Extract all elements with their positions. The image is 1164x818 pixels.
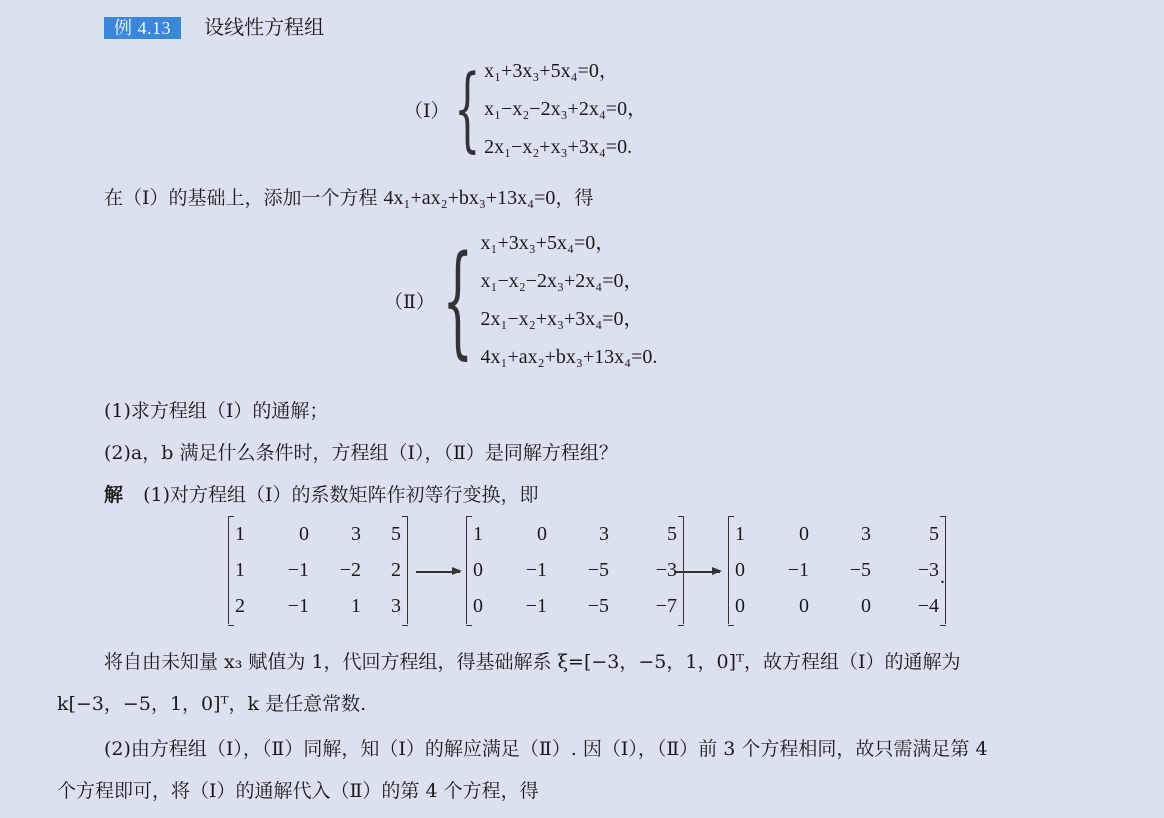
question-2: (2)a，b 满足什么条件时，方程组（Ⅰ），（Ⅱ）是同解方程组？ xyxy=(104,441,618,465)
right-arrow-icon xyxy=(416,571,460,573)
left-brace-icon: { xyxy=(454,59,480,159)
equation: x₁+3x₃+5x₄=0， xyxy=(484,52,647,90)
matrix-cell: 0 xyxy=(809,588,871,624)
matrix-cell: −5 xyxy=(547,552,609,588)
part2-line-1: (2)由方程组（Ⅰ），（Ⅱ）同解，知（Ⅰ）的解应满足（Ⅱ）. 因（Ⅰ），（Ⅱ）前… xyxy=(104,737,988,761)
equation: 2x₁−x₂+x₃+3x₄=0. xyxy=(484,128,647,166)
matrix-coefficient: 1 0 3 5 1 −1 −2 2 2 −1 1 3 xyxy=(228,516,408,624)
matrix-cell: 5 xyxy=(609,516,677,552)
matrix-cell: 3 xyxy=(547,516,609,552)
equation: x₁−x₂−2x₃+2x₄=0， xyxy=(484,90,647,128)
question-1: (1)求方程组（Ⅰ）的通解； xyxy=(104,399,328,423)
matrix-cell: 0 xyxy=(495,516,547,552)
system-2-label: （Ⅱ） xyxy=(384,287,435,314)
matrix-cell: −1 xyxy=(495,588,547,624)
general-solution-line-2: k[−3，−5，1，0]ᵀ，k 是任意常数. xyxy=(57,692,366,716)
general-solution-line-1: 将自由未知量 x₃ 赋值为 1，代回方程组，得基础解系 ξ=[−3，−5，1，0… xyxy=(104,650,960,674)
matrix-cell: 3 xyxy=(361,588,401,624)
matrix-cell: 5 xyxy=(871,516,939,552)
equation: 4x₁+ax₂+bx₃+13x₄=0. xyxy=(481,338,658,376)
matrix-cell: 2 xyxy=(235,588,257,624)
matrix-cell: −4 xyxy=(871,588,939,624)
matrix-cell: −3 xyxy=(871,552,939,588)
matrix-cell: 1 xyxy=(473,516,495,552)
example-header: 例 4.13 设线性方程组 xyxy=(104,14,324,40)
matrix-cell: 5 xyxy=(361,516,401,552)
matrix-cell: −1 xyxy=(495,552,547,588)
matrix-cell: 3 xyxy=(809,516,871,552)
matrix-cell: 0 xyxy=(735,588,757,624)
matrix-cell: 1 xyxy=(309,588,361,624)
solution-label: 解 xyxy=(104,484,123,506)
matrix-cell: 1 xyxy=(735,516,757,552)
matrix-cell: 0 xyxy=(757,516,809,552)
left-brace-icon: { xyxy=(442,230,473,370)
matrix-cell: −3 xyxy=(609,552,677,588)
system-1: （Ⅰ） { x₁+3x₃+5x₄=0， x₁−x₂−2x₃+2x₄=0， 2x₁… xyxy=(404,52,647,166)
added-equation: 4x₁+ax₂+bx₃+13x₄=0 xyxy=(384,187,556,209)
matrix-cell: −5 xyxy=(809,552,871,588)
system-2: （Ⅱ） { x₁+3x₃+5x₄=0， x₁−x₂−2x₃+2x₄=0， 2x₁… xyxy=(384,224,657,376)
intro-suffix: ，得 xyxy=(555,187,593,209)
intro-line: 在（Ⅰ）的基础上，添加一个方程 4x₁+ax₂+bx₃+13x₄=0，得 xyxy=(104,186,593,210)
example-title: 设线性方程组 xyxy=(204,15,324,39)
matrix-cell: 1 xyxy=(235,552,257,588)
matrix-cell: 1 xyxy=(235,516,257,552)
matrix-cell: −1 xyxy=(257,588,309,624)
solution-intro: 解 (1)对方程组（Ⅰ）的系数矩阵作初等行变换，即 xyxy=(104,483,538,507)
matrix-cell: 0 xyxy=(735,552,757,588)
matrix-cell: −1 xyxy=(757,552,809,588)
matrix-cell: −5 xyxy=(547,588,609,624)
matrix-cell: 0 xyxy=(473,552,495,588)
part2-line-2: 个方程即可，将（Ⅰ）的通解代入（Ⅱ）的第 4 个方程，得 xyxy=(57,779,539,803)
equation: x₁−x₂−2x₃+2x₄=0， xyxy=(481,262,658,300)
intro-prefix: 在（Ⅰ）的基础上，添加一个方程 xyxy=(104,187,384,209)
matrix-cell: −2 xyxy=(309,552,361,588)
system-2-equations: x₁+3x₃+5x₄=0， x₁−x₂−2x₃+2x₄=0， 2x₁−x₂+x₃… xyxy=(481,224,658,376)
equation: 2x₁−x₂+x₃+3x₄=0， xyxy=(481,300,658,338)
matrix-cell: 0 xyxy=(757,588,809,624)
matrix-cell: 2 xyxy=(361,552,401,588)
matrix-cell: 0 xyxy=(473,588,495,624)
matrix-period: . xyxy=(940,566,945,589)
matrix-cell: −1 xyxy=(257,552,309,588)
matrix-cell: 3 xyxy=(309,516,361,552)
matrix-echelon: 1 0 3 5 0 −1 −5 −3 0 0 0 −4 xyxy=(728,516,946,624)
system-1-label: （Ⅰ） xyxy=(404,96,450,123)
matrix-cell: 0 xyxy=(257,516,309,552)
matrix-step-1: 1 0 3 5 0 −1 −5 −3 0 −1 −5 −7 xyxy=(466,516,684,624)
equation: x₁+3x₃+5x₄=0， xyxy=(481,224,658,262)
right-arrow-icon xyxy=(676,571,720,573)
solution-step-1: (1)对方程组（Ⅰ）的系数矩阵作初等行变换，即 xyxy=(143,484,538,506)
example-badge: 例 4.13 xyxy=(104,17,181,39)
matrix-cell: −7 xyxy=(609,588,677,624)
system-1-equations: x₁+3x₃+5x₄=0， x₁−x₂−2x₃+2x₄=0， 2x₁−x₂+x₃… xyxy=(484,52,647,166)
